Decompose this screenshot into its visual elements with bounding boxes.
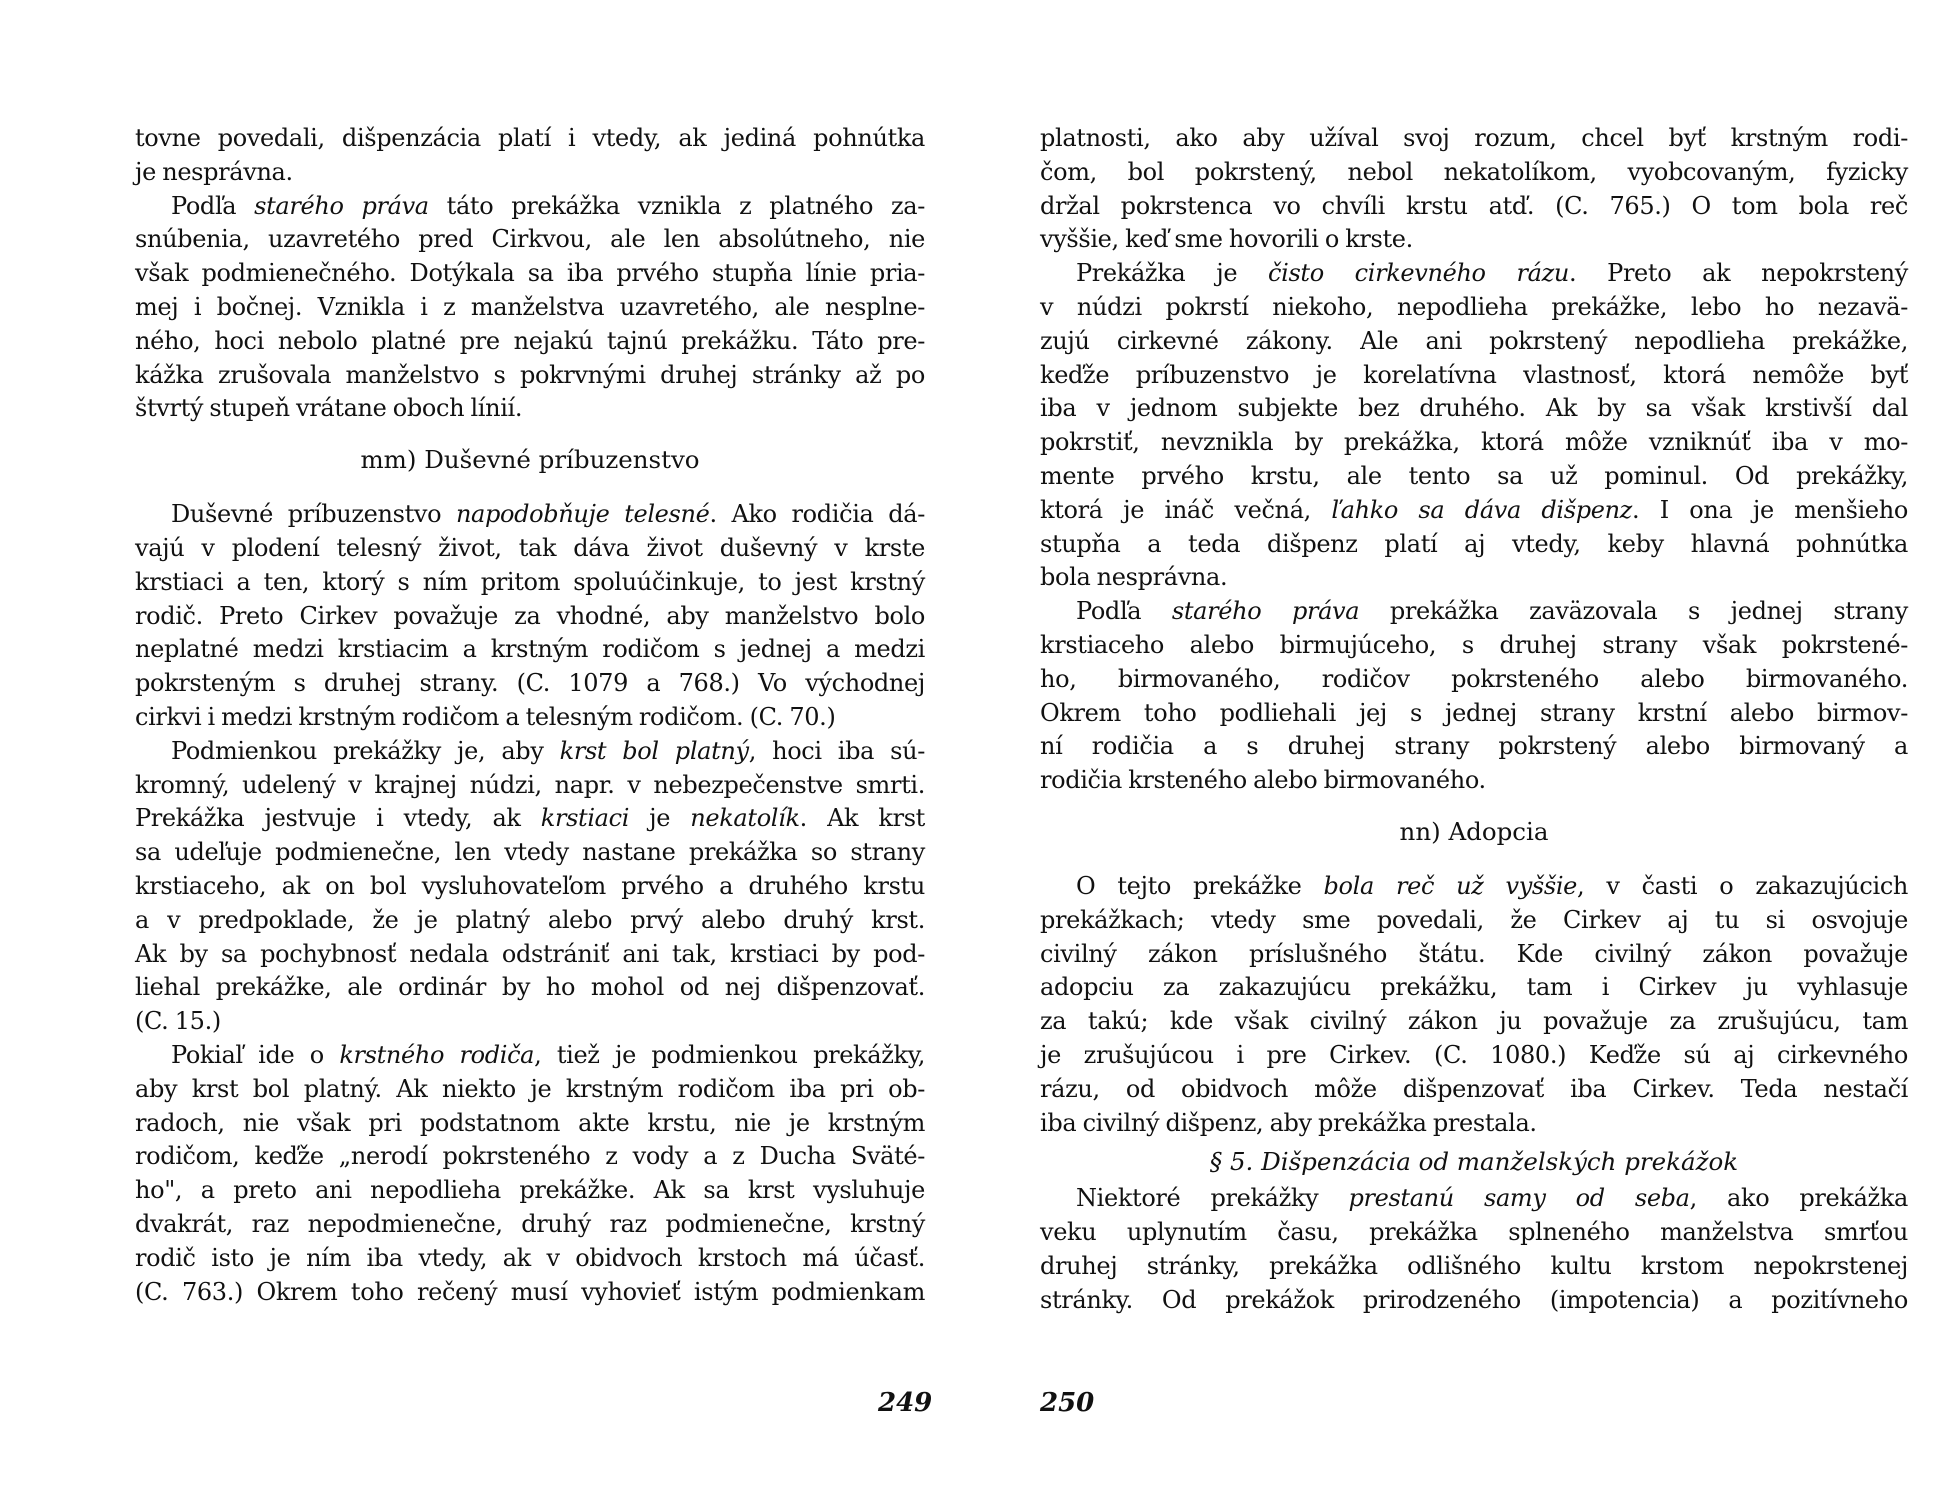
text-line: veku uplynutím času, prekážka splneného … bbox=[1040, 1216, 1908, 1250]
text-line: stránky. Od prekážok prirodzeného (impot… bbox=[1040, 1284, 1908, 1318]
page-number-right: 250 bbox=[1040, 1388, 1094, 1418]
text-line: druhej stránky, prekážka odlišného kultu… bbox=[1040, 1250, 1908, 1284]
text-line: krstiaci a ten, ktorý s ním pritom spolu… bbox=[135, 566, 925, 600]
text-line: vyššie, keď sme hovorili o krste. bbox=[1040, 223, 1908, 257]
text-line: snúbenia, uzavretého pred Cirkvou, ale l… bbox=[135, 223, 925, 257]
text-line: neplatné medzi krstiacim a krstným rodič… bbox=[135, 633, 925, 667]
text-line: Podľa starého práva táto prekážka vznikl… bbox=[135, 190, 925, 224]
text-line: O tejto prekážke bola reč už vyššie, v č… bbox=[1040, 870, 1908, 904]
paragraph: Prekážka je čisto cirkevného rázu. Preto… bbox=[1040, 257, 1908, 595]
text-line: tovne povedali, dišpenzácia platí i vted… bbox=[135, 122, 925, 156]
emphasis: starého práva bbox=[1172, 597, 1359, 625]
emphasis: nekatolík bbox=[690, 804, 799, 832]
text-line: bola nesprávna. bbox=[1040, 561, 1908, 595]
text-line: ho", a preto ani nepodlieha prekážke. Ak… bbox=[135, 1174, 925, 1208]
emphasis: bola reč už vyššie bbox=[1324, 872, 1578, 900]
emphasis: krstného rodiča bbox=[339, 1041, 534, 1069]
text-line: vajú v plodení telesný život, tak dáva ž… bbox=[135, 532, 925, 566]
text-line: Duševné príbuzenstvo napodobňuje telesné… bbox=[135, 498, 925, 532]
emphasis: krst bol platný bbox=[560, 737, 749, 765]
paragraph: tovne povedali, dišpenzácia platí i vted… bbox=[135, 122, 925, 190]
text-line: adopciu za zakazujúcu prekážku, tam i Ci… bbox=[1040, 971, 1908, 1005]
text-line: iba v jednom subjekte bez druhého. Ak by… bbox=[1040, 392, 1908, 426]
text-line: kážka zrušovala manželstvo s pokrvnými d… bbox=[135, 359, 925, 393]
text-line: kromný, udelený v krajnej núdzi, napr. v… bbox=[135, 769, 925, 803]
text-line: Prekážka je čisto cirkevného rázu. Preto… bbox=[1040, 257, 1908, 291]
text-line: (C. 15.) bbox=[135, 1005, 925, 1039]
text-line: ného, hoci nebolo platné pre nejakú tajn… bbox=[135, 325, 925, 359]
text-line: zujú cirkevné zákony. Ale ani pokrstený … bbox=[1040, 325, 1908, 359]
text-line: je zrušujúcou i pre Cirkev. (C. 1080.) K… bbox=[1040, 1039, 1908, 1073]
text-line: mej i bočnej. Vznikla i z manželstva uza… bbox=[135, 291, 925, 325]
text-line: prekážkach; vtedy sme povedali, že Cirke… bbox=[1040, 904, 1908, 938]
text-line: Podľa starého práva prekážka zaväzovala … bbox=[1040, 595, 1908, 629]
paragraph: Podmienkou prekážky je, aby krst bol pla… bbox=[135, 735, 925, 1039]
text-line: radoch, nie však pri podstatnom akte krs… bbox=[135, 1107, 925, 1141]
text-line: platnosti, ako aby užíval svoj rozum, ch… bbox=[1040, 122, 1908, 156]
text-line: (C. 763.) Okrem toho rečený musí vyhovie… bbox=[135, 1276, 925, 1310]
text-line: rázu, od obidvoch môže dišpenzovať iba C… bbox=[1040, 1073, 1908, 1107]
section-heading: nn) Adopcia bbox=[1040, 804, 1908, 860]
text-line: však podmienečného. Dotýkala sa iba prvé… bbox=[135, 257, 925, 291]
text-line: ní rodičia a s druhej strany pokrstený a… bbox=[1040, 730, 1908, 764]
paragraph: Duševné príbuzenstvo napodobňuje telesné… bbox=[135, 498, 925, 735]
paragraph: Niektoré prekážky prestanú samy od seba,… bbox=[1040, 1182, 1908, 1317]
text-line: rodičom, keďže „nerodí pokrsteného z vod… bbox=[135, 1140, 925, 1174]
emphasis: ľahko sa dáva dišpenz bbox=[1331, 496, 1632, 524]
text-line: krstiaceho, ak on bol vysluhovateľom prv… bbox=[135, 870, 925, 904]
text-line: Prekážka jestvuje i vtedy, ak krstiaci j… bbox=[135, 802, 925, 836]
text-line: Pokiaľ ide o krstného rodiča, tiež je po… bbox=[135, 1039, 925, 1073]
text-line: štvrtý stupeň vrátane oboch línií. bbox=[135, 392, 925, 426]
paragraph: platnosti, ako aby užíval svoj rozum, ch… bbox=[1040, 122, 1908, 257]
text-line: dvakrát, raz nepodmienečne, druhý raz po… bbox=[135, 1208, 925, 1242]
text-line: civilný zákon príslušného štátu. Kde civ… bbox=[1040, 938, 1908, 972]
paragraph: O tejto prekážke bola reč už vyššie, v č… bbox=[1040, 870, 1908, 1140]
text-line: je nesprávna. bbox=[135, 156, 925, 190]
paragraph: Podľa starého práva prekážka zaväzovala … bbox=[1040, 595, 1908, 798]
text-line: čom, bol pokrstený, nebol nekatolíkom, v… bbox=[1040, 156, 1908, 190]
emphasis: čisto cirkevného rázu bbox=[1268, 259, 1569, 287]
emphasis: napodobňuje telesné bbox=[456, 500, 710, 528]
text-line: keďže príbuzenstvo je korelatívna vlastn… bbox=[1040, 359, 1908, 393]
emphasis: krstiaci bbox=[541, 804, 629, 832]
text-line: pokrsteným s druhej strany. (C. 1079 a 7… bbox=[135, 667, 925, 701]
text-line: držal pokrstenca vo chvíli krstu atď. (C… bbox=[1040, 190, 1908, 224]
text-line: a v predpoklade, že je platný alebo prvý… bbox=[135, 904, 925, 938]
text-line: Okrem toho podliehali jej s jednej stran… bbox=[1040, 697, 1908, 731]
text-line: rodič. Preto Cirkev považuje za vhodné, … bbox=[135, 600, 925, 634]
section-heading: § 5. Dišpenzácia od manželských prekážok bbox=[1040, 1142, 1908, 1182]
text-line: cirkvi i medzi krstným rodičom a telesný… bbox=[135, 701, 925, 735]
text-line: v núdzi pokrstí niekoho, nepodlieha prek… bbox=[1040, 291, 1908, 325]
right-page: platnosti, ako aby užíval svoj rozum, ch… bbox=[1040, 122, 1908, 1318]
text-line: Ak by sa pochybnosť nedala odstrániť ani… bbox=[135, 938, 925, 972]
emphasis: starého práva bbox=[254, 192, 429, 220]
text-line: za takú; kde však civilný zákon ju považ… bbox=[1040, 1005, 1908, 1039]
paragraph: Podľa starého práva táto prekážka vznikl… bbox=[135, 190, 925, 427]
text-line: stupňa a teda dišpenz platí aj vtedy, ke… bbox=[1040, 528, 1908, 562]
text-line: aby krst bol platný. Ak niekto je krstný… bbox=[135, 1073, 925, 1107]
paragraph: Pokiaľ ide o krstného rodiča, tiež je po… bbox=[135, 1039, 925, 1309]
text-line: rodičia krsteného alebo birmovaného. bbox=[1040, 764, 1908, 798]
text-line: mente prvého krstu, ale tento sa už pomi… bbox=[1040, 460, 1908, 494]
text-line: sa udeľuje podmienečne, len vtedy nastan… bbox=[135, 836, 925, 870]
text-line: ktorá je ináč večná, ľahko sa dáva dišpe… bbox=[1040, 494, 1908, 528]
text-line: liehal prekážke, ale ordinár by ho mohol… bbox=[135, 971, 925, 1005]
text-line: Podmienkou prekážky je, aby krst bol pla… bbox=[135, 735, 925, 769]
text-line: krstiaceho alebo birmujúceho, s druhej s… bbox=[1040, 629, 1908, 663]
text-line: ho, birmovaného, rodičov pokrsteného ale… bbox=[1040, 663, 1908, 697]
text-line: pokrstiť, nevznikla by prekážka, ktorá m… bbox=[1040, 426, 1908, 460]
text-line: Niektoré prekážky prestanú samy od seba,… bbox=[1040, 1182, 1908, 1216]
section-heading: mm) Duševné príbuzenstvo bbox=[135, 432, 925, 488]
text-line: iba civilný dišpenz, aby prekážka presta… bbox=[1040, 1107, 1908, 1141]
page-number-left: 249 bbox=[878, 1388, 932, 1418]
emphasis: prestanú samy od seba bbox=[1348, 1184, 1689, 1212]
left-page: tovne povedali, dišpenzácia platí i vted… bbox=[135, 122, 925, 1309]
text-line: rodič isto je ním iba vtedy, ak v obidvo… bbox=[135, 1242, 925, 1276]
